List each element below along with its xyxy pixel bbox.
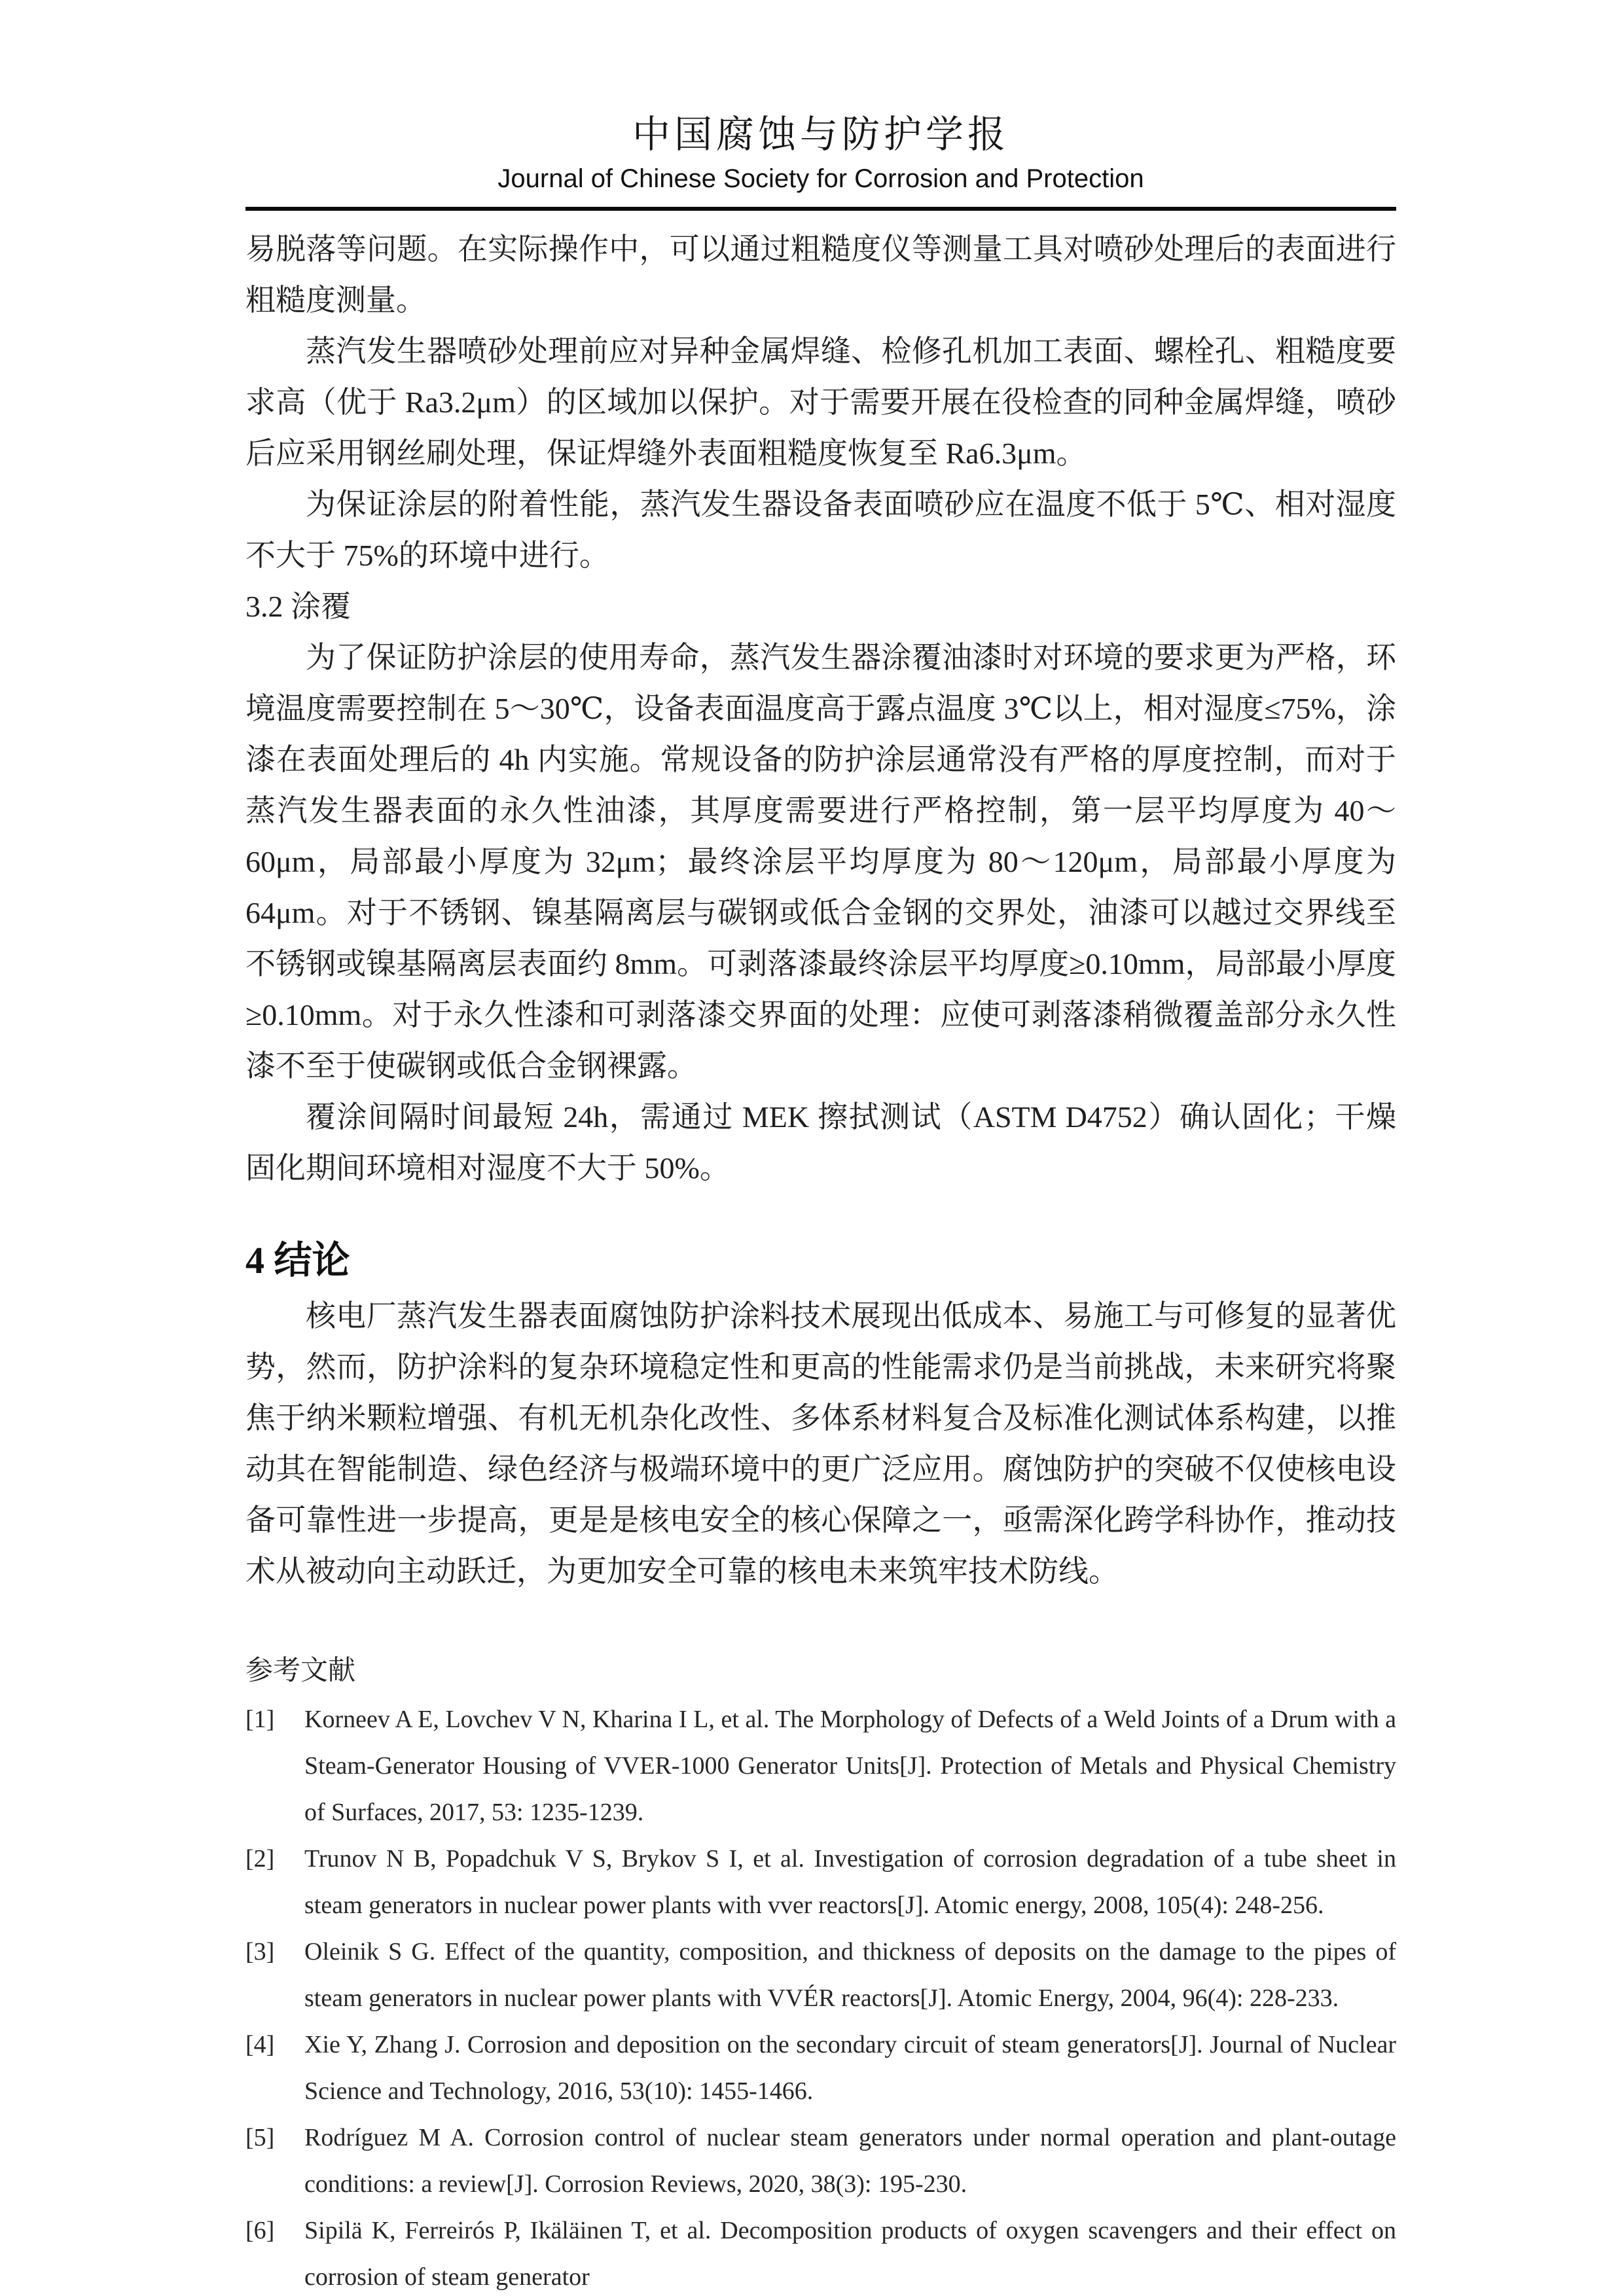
- body-paragraph: 易脱落等问题。在实际操作中，可以通过粗糙度仪等测量工具对喷砂处理后的表面进行粗糙…: [245, 224, 1396, 326]
- page-content: 中国腐蚀与防护学报 Journal of Chinese Society for…: [245, 0, 1396, 2296]
- body-paragraph: 为保证涂层的附着性能，蒸汽发生器设备表面喷砂应在温度不低于 5℃、相对湿度不大于…: [245, 479, 1396, 581]
- references-list: [1]Korneev A E, Lovchev V N, Kharina I L…: [245, 1696, 1396, 2296]
- journal-title-english: Journal of Chinese Society for Corrosion…: [245, 162, 1396, 195]
- document-body: 易脱落等问题。在实际操作中，可以通过粗糙度仪等测量工具对喷砂处理后的表面进行粗糙…: [245, 224, 1396, 1597]
- document-page: { "document": { "header": { "journal_tit…: [0, 0, 1624, 2296]
- reference-item: [2]Trunov N B, Popadchuk V S, Brykov S I…: [245, 1836, 1396, 1929]
- reference-item: [5]Rodríguez M A. Corrosion control of n…: [245, 2115, 1396, 2208]
- reference-marker: [2]: [245, 1836, 274, 1882]
- reference-text: Xie Y, Zhang J. Corrosion and deposition…: [304, 2031, 1396, 2105]
- reference-marker: [4]: [245, 2022, 274, 2068]
- section-heading: 3.2 涂覆: [245, 581, 1396, 632]
- reference-item: [6]Sipilä K, Ferreirós P, Ikäläinen T, e…: [245, 2208, 1396, 2296]
- references-section: 参考文献 [1]Korneev A E, Lovchev V N, Kharin…: [245, 1652, 1396, 2296]
- reference-text: Korneev A E, Lovchev V N, Kharina I L, e…: [304, 1706, 1396, 1826]
- references-label: 参考文献: [245, 1652, 1396, 1690]
- body-paragraph: 覆涂间隔时间最短 24h，需通过 MEK 擦拭测试（ASTM D4752）确认固…: [245, 1092, 1396, 1194]
- section-heading-conclusion: 4 结论: [245, 1230, 1396, 1291]
- reference-text: Rodríguez M A. Corrosion control of nucl…: [304, 2124, 1396, 2198]
- reference-item: [1]Korneev A E, Lovchev V N, Kharina I L…: [245, 1696, 1396, 1836]
- body-paragraph: 核电厂蒸汽发生器表面腐蚀防护涂料技术展现出低成本、易施工与可修复的显著优势，然而…: [245, 1291, 1396, 1597]
- reference-item: [4]Xie Y, Zhang J. Corrosion and deposit…: [245, 2022, 1396, 2115]
- journal-title-chinese: 中国腐蚀与防护学报: [245, 113, 1396, 157]
- reference-text: Sipilä K, Ferreirós P, Ikäläinen T, et a…: [304, 2217, 1396, 2291]
- reference-item: [3]Oleinik S G. Effect of the quantity, …: [245, 1929, 1396, 2022]
- reference-marker: [3]: [245, 1929, 274, 1975]
- reference-text: Oleinik S G. Effect of the quantity, com…: [304, 1938, 1396, 2012]
- reference-marker: [6]: [245, 2208, 274, 2254]
- header-divider-rule: [245, 207, 1396, 211]
- body-paragraph: 蒸汽发生器喷砂处理前应对异种金属焊缝、检修孔机加工表面、螺栓孔、粗糙度要求高（优…: [245, 326, 1396, 479]
- reference-marker: [5]: [245, 2115, 274, 2161]
- reference-text: Trunov N B, Popadchuk V S, Brykov S I, e…: [304, 1845, 1396, 1919]
- reference-marker: [1]: [245, 1696, 274, 1743]
- journal-header: 中国腐蚀与防护学报 Journal of Chinese Society for…: [245, 113, 1396, 211]
- body-paragraph: 为了保证防护涂层的使用寿命，蒸汽发生器涂覆油漆时对环境的要求更为严格，环境温度需…: [245, 632, 1396, 1092]
